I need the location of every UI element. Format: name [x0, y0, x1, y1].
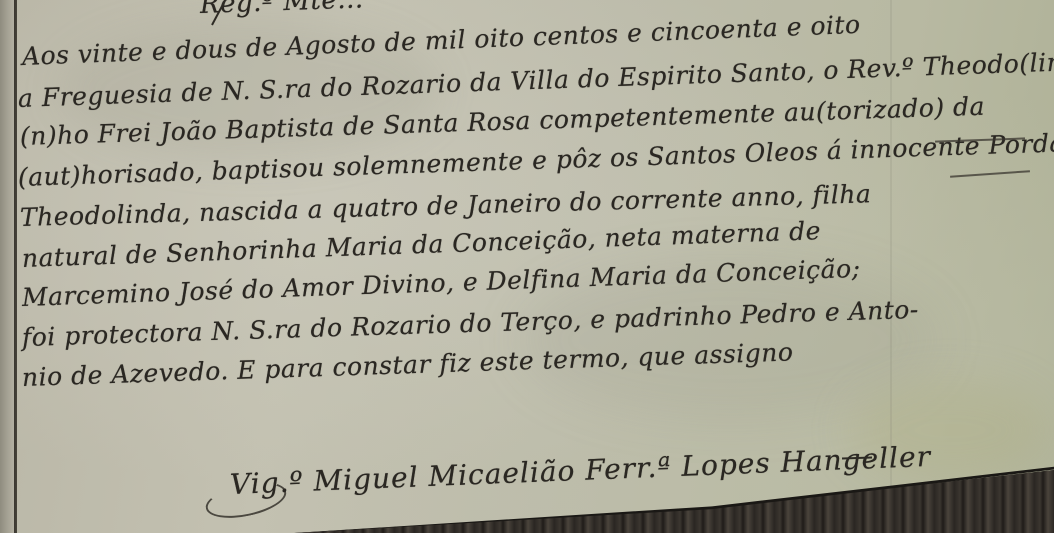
underline-stroke: [950, 170, 1030, 177]
page-edge: [0, 0, 14, 533]
binding-line: [14, 0, 17, 533]
manuscript-photo: Reg.º Mte... Aos vinte e dous de Agosto …: [0, 0, 1054, 533]
signature: Vig.º Miguel Micaelião Ferr.ª Lopes Hang…: [229, 440, 931, 501]
